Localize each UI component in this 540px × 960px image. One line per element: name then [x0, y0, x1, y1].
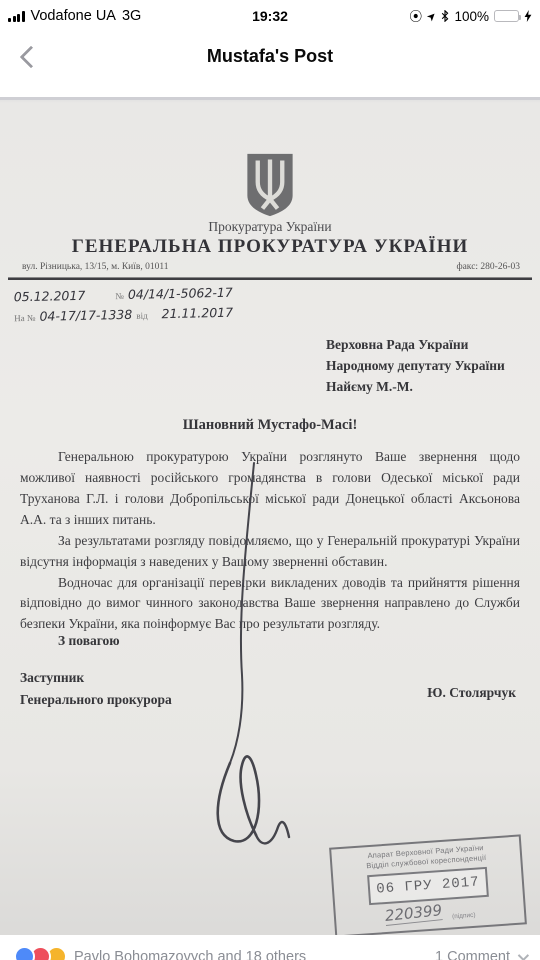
org-name-small: Прокуратура України [0, 219, 540, 235]
paragraph: Генеральною прокуратурою України розглян… [20, 447, 520, 531]
recipient-line: Найєму М.-М. [326, 377, 505, 398]
salutation: Шановний Мустафо-Масі! [0, 417, 540, 434]
closing-phrase: З повагою [58, 633, 120, 649]
ref-incoming-number: 04-17/17-1338 [39, 307, 132, 324]
signal-strength-icon [8, 11, 25, 22]
charging-bolt-icon [524, 10, 532, 22]
back-button[interactable] [16, 44, 42, 70]
incoming-mail-stamp: Апарат Верховної Ради України Відділ слу… [329, 834, 527, 935]
ref-incoming-label: На № [14, 313, 36, 323]
ref-date-incoming: 21.11.2017 [161, 305, 233, 321]
paragraph: За результатами розгляду повідомляємо, щ… [20, 531, 520, 573]
chevron-down-icon[interactable] [518, 949, 529, 960]
recipient-line: Верховна Рада України [326, 335, 505, 356]
status-bar: Vodafone UA 3G 19:32 ⦿ ➤ 100% [0, 0, 540, 30]
post-footer: Pavlo Bohomazovych and 18 others 1 Comme… [0, 935, 540, 960]
signer-title: Заступник Генерального прокурора [20, 667, 172, 710]
bluetooth-icon [441, 10, 449, 22]
ref-vid-label: від [136, 310, 148, 320]
stamp-registration-number: 220399 [384, 901, 443, 926]
org-fax: факс: 280-26-03 [456, 262, 520, 272]
org-address: вул. Різницька, 13/15, м. Київ, 01011 [22, 262, 169, 272]
stamp-signature-label: (підпис) [452, 912, 476, 921]
battery-icon [494, 10, 519, 22]
ref-outgoing-number: 04/14/1-5062-17 [128, 285, 233, 302]
page-title: Mustafa's Post [207, 46, 333, 67]
ref-date-outgoing: 05.12.2017 [14, 288, 86, 304]
nav-bar: Mustafa's Post [0, 30, 540, 82]
paragraph: Водночас для організації перевірки викла… [20, 573, 520, 636]
ukraine-tryzub-emblem-icon [241, 152, 299, 218]
recipient-block: Верховна Рада України Народному депутату… [326, 335, 505, 398]
letterhead-rule [8, 277, 532, 280]
signer-name: Ю. Столярчук [427, 685, 516, 701]
like-reaction-icon[interactable] [14, 946, 35, 960]
recipient-line: Народному депутату України [326, 356, 505, 377]
reference-numbers: 05.12.2017 № 04/14/1-5062-17 На № 04-17/… [14, 285, 234, 330]
comment-count[interactable]: 1 Comment [435, 949, 510, 960]
post-photo-scanned-letter[interactable]: Прокуратура України ГЕНЕРАЛЬНА ПРОКУРАТУ… [0, 97, 540, 935]
letter-body: Генеральною прокуратурою України розглян… [20, 447, 520, 635]
clock: 19:32 [252, 8, 288, 24]
ref-no-label: № [115, 291, 124, 301]
rotation-lock-icon: ⦿ [409, 10, 422, 23]
location-arrow-icon: ➤ [424, 8, 440, 24]
reaction-summary[interactable]: Pavlo Bohomazovych and 18 others [74, 949, 435, 960]
battery-percent-label: 100% [454, 9, 489, 24]
carrier-label: Vodafone UA [31, 8, 116, 24]
org-name-large: ГЕНЕРАЛЬНА ПРОКУРАТУРА УКРАЇНИ [0, 236, 540, 258]
network-type-label: 3G [122, 8, 141, 24]
